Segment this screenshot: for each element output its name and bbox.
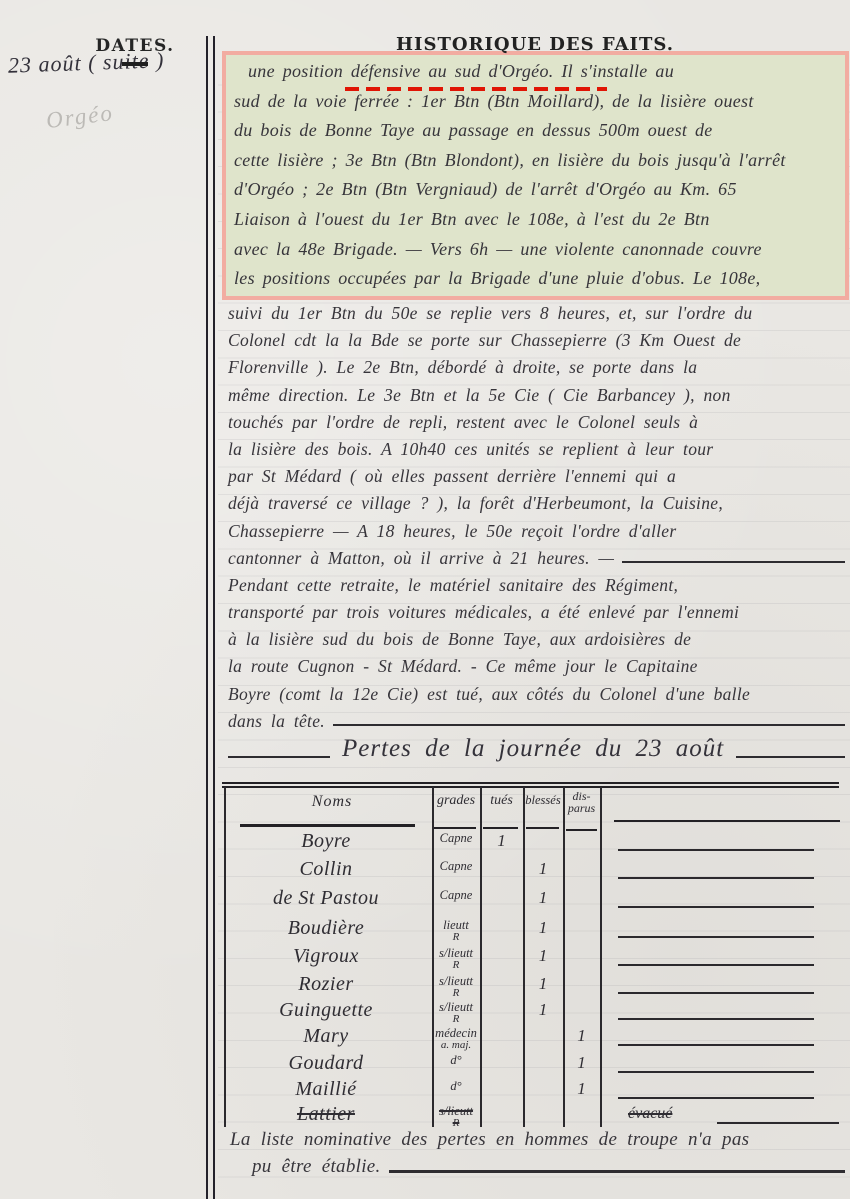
table-row: Maillié d° 1	[222, 1078, 845, 1106]
ink-rule	[389, 1170, 845, 1173]
highlight-line: du bois de Bonne Taye au passage en dess…	[234, 116, 845, 146]
footnote-line-1: La liste nominative des pertes en hommes…	[230, 1129, 749, 1151]
body-line: cantonner à Matton, où il arrive à 21 he…	[228, 545, 845, 572]
ditto-rule	[618, 877, 814, 879]
column-header-tues: tués	[482, 793, 521, 809]
body-line: à la lisière sud du bois de Bonne Taye, …	[228, 626, 845, 653]
column-divider-rule	[206, 36, 215, 1199]
row-grade: s/lieuttR	[433, 976, 479, 999]
ink-rule	[333, 724, 845, 726]
table-row: Guinguette s/lieuttR 1	[222, 999, 845, 1027]
scanned-diary-page: DATES. HISTORIQUE DES FAITS. 23 août ( s…	[0, 0, 850, 1199]
body-line: touchés par l'ordre de repli, restent av…	[228, 409, 845, 436]
ditto-rule	[618, 1018, 814, 1020]
highlight-line: une position défensive au sud d'Orgéo. I…	[234, 57, 845, 87]
header-underline	[526, 827, 559, 829]
body-line: la lisière des bois. A 10h40 ces unités …	[228, 436, 845, 463]
body-line: par St Médard ( où elles passent derrièr…	[228, 463, 845, 490]
table-row: Lattier s/lieuttR évacué	[222, 1103, 845, 1131]
row-blesses: 1	[523, 918, 563, 938]
row-blesses: 1	[523, 859, 563, 879]
dates-column-header: DATES.	[60, 36, 210, 66]
margin-pencil-note: Orgéo	[45, 100, 116, 134]
footnote-line-2: pu être établie.	[252, 1156, 845, 1178]
ink-rule	[736, 756, 845, 758]
ink-rule	[622, 561, 845, 563]
losses-table: Noms grades tués blessés dis-parus Boyre…	[222, 782, 845, 1130]
ink-rule	[228, 756, 330, 758]
body-line: Florenville ). Le 2e Btn, débordé à droi…	[228, 354, 845, 381]
row-name: Vigroux	[222, 945, 430, 968]
row-disparus: 1	[563, 1026, 600, 1046]
row-name: Mary	[222, 1025, 430, 1048]
highlight-line: d'Orgéo ; 2e Btn (Btn Vergniaud) de l'ar…	[234, 175, 845, 205]
ditto-rule	[618, 992, 814, 994]
body-line: Boyre (comt la 12e Cie) est tué, aux côt…	[228, 681, 845, 708]
row-grade: s/lieuttR	[433, 1106, 479, 1129]
row-grade: s/lieuttR	[433, 1002, 479, 1025]
row-disparus: 1	[563, 1079, 600, 1099]
row-grade: Capne	[433, 890, 479, 902]
table-row: Collin Capne 1	[222, 858, 845, 886]
row-name: Collin	[222, 858, 430, 881]
highlight-line: Liaison à l'ouest du 1er Btn avec le 108…	[234, 205, 845, 235]
body-line: Colonel cdt la la Bde se porte sur Chass…	[228, 327, 845, 354]
highlight-line: avec la 48e Brigade. — Vers 6h — une vio…	[234, 235, 845, 265]
row-name: Boudière	[222, 917, 430, 940]
red-dashed-underline	[345, 87, 607, 91]
row-blesses: 1	[523, 974, 563, 994]
row-grade: médecina. maj.	[433, 1028, 479, 1051]
ditto-rule	[618, 1044, 814, 1046]
table-row: de St Pastou Capne 1	[222, 887, 845, 915]
highlight-line: cette lisière ; 3e Btn (Btn Blondont), e…	[234, 146, 845, 176]
row-name: Goudard	[222, 1052, 430, 1075]
row-observation: évacué	[628, 1105, 672, 1123]
table-row: Rozier s/lieuttR 1	[222, 973, 845, 1001]
ditto-rule	[618, 1097, 814, 1099]
losses-heading: Pertes de la journée du 23 août	[228, 735, 845, 763]
row-grade: d°	[433, 1081, 479, 1093]
ditto-rule	[717, 1122, 839, 1124]
historique-column-header: HISTORIQUE DES FAITS.	[310, 34, 760, 55]
column-header-grades: grades	[434, 793, 478, 809]
body-line: Pendant cette retraite, le matériel sani…	[228, 572, 845, 599]
body-line: dans la tête.	[228, 708, 845, 735]
row-name: Boyre	[222, 830, 430, 853]
row-name: Guinguette	[222, 999, 430, 1022]
row-blesses: 1	[523, 946, 563, 966]
ditto-rule	[618, 849, 814, 851]
table-row: Vigroux s/lieuttR 1	[222, 945, 845, 973]
body-text: suivi du 1er Btn du 50e se replie vers 8…	[228, 300, 845, 735]
row-tues: 1	[480, 831, 523, 851]
ditto-rule	[618, 906, 814, 908]
column-header-disparus: dis-parus	[565, 790, 598, 814]
losses-heading-text: Pertes de la journée du 23 août	[342, 735, 724, 763]
column-header-noms: Noms	[242, 793, 422, 811]
ditto-rule	[618, 936, 814, 938]
table-row: Boyre Capne 1	[222, 830, 845, 858]
ditto-rule	[618, 964, 814, 966]
row-grade: lieuttR	[433, 920, 479, 943]
table-top-border	[222, 782, 839, 784]
header-underline	[240, 824, 415, 827]
row-blesses: 1	[523, 888, 563, 908]
row-name: Maillié	[222, 1078, 430, 1101]
header-underline	[614, 820, 840, 822]
row-disparus: 1	[563, 1053, 600, 1073]
body-line: suivi du 1er Btn du 50e se replie vers 8…	[228, 300, 845, 327]
table-row: Goudard d° 1	[222, 1052, 845, 1080]
row-grade: s/lieuttR	[433, 948, 479, 971]
row-grade: Capne	[433, 833, 479, 845]
row-blesses: 1	[523, 1000, 563, 1020]
highlight-line: les positions occupées par la Brigade d'…	[234, 264, 845, 294]
body-line: déjà traversé ce village ? ), la forêt d…	[228, 490, 845, 517]
row-name: de St Pastou	[222, 887, 430, 910]
body-line: la route Cugnon - St Médard. - Ce même j…	[228, 653, 845, 680]
table-row: Mary médecina. maj. 1	[222, 1025, 845, 1053]
header-underline	[434, 827, 476, 829]
column-header-blesses: blessés	[525, 793, 561, 808]
row-name: Rozier	[222, 973, 430, 996]
row-grade: Capne	[433, 861, 479, 873]
table-row: Boudière lieuttR 1	[222, 917, 845, 945]
header-underline	[483, 827, 518, 829]
body-line: même direction. Le 3e Btn et la 5e Cie (…	[228, 382, 845, 409]
row-grade: d°	[433, 1055, 479, 1067]
ditto-rule	[618, 1071, 814, 1073]
row-name: Lattier	[222, 1103, 430, 1126]
body-line: Chassepierre — A 18 heures, le 50e reçoi…	[228, 518, 845, 545]
body-line: transporté par trois voitures médicales,…	[228, 599, 845, 626]
highlight-line: sud de la voie ferrée : 1er Btn (Btn Moi…	[234, 87, 845, 117]
